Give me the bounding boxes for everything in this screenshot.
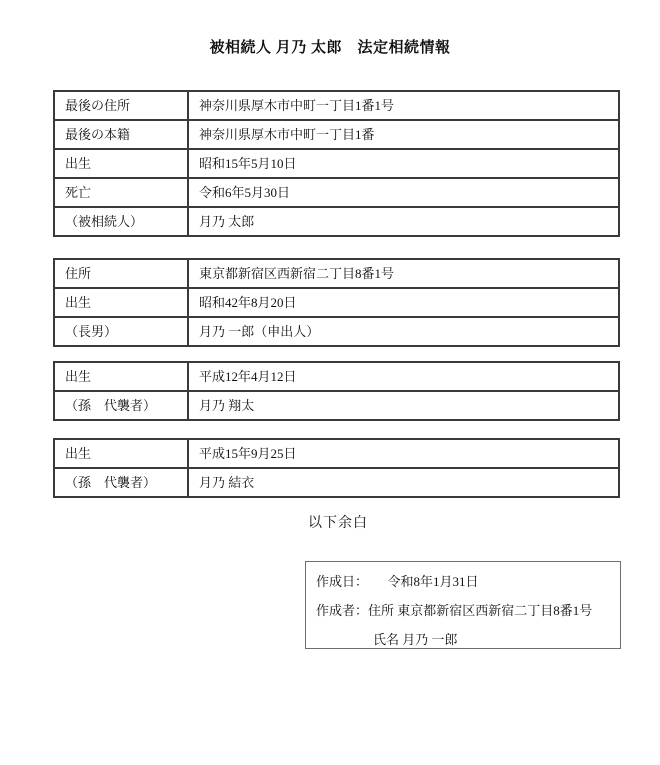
row-value: 神奈川県厚木市中町一丁目1番 (188, 120, 619, 149)
row-label: （被相続人） (54, 207, 188, 236)
row-value: 昭和15年5月10日 (188, 149, 619, 178)
row-value: 月乃 翔太 (188, 391, 619, 420)
table-row: 住所 東京都新宿区西新宿二丁目8番1号 (54, 259, 619, 288)
row-label: 出生 (54, 439, 188, 468)
row-label: 出生 (54, 362, 188, 391)
table-row: 出生 平成12年4月12日 (54, 362, 619, 391)
row-value: 東京都新宿区西新宿二丁目8番1号 (188, 259, 619, 288)
page-title: 被相続人 月乃 太郎 法定相続情報 (0, 36, 660, 57)
row-label: 出生 (54, 288, 188, 317)
creator-address-line: 作成者：住所 東京都新宿区西新宿二丁目8番1号 (316, 596, 620, 625)
row-value: 月乃 結衣 (188, 468, 619, 497)
decedent-table: 最後の住所 神奈川県厚木市中町一丁目1番1号 最後の本籍 神奈川県厚木市中町一丁… (53, 90, 620, 237)
row-value: 月乃 太郎 (188, 207, 619, 236)
row-label: 出生 (54, 149, 188, 178)
row-value: 神奈川県厚木市中町一丁目1番1号 (188, 91, 619, 120)
row-label: （孫 代襲者） (54, 468, 188, 497)
table-row: （被相続人） 月乃 太郎 (54, 207, 619, 236)
row-value: 平成12年4月12日 (188, 362, 619, 391)
row-value: 令和6年5月30日 (188, 178, 619, 207)
heir-table-1: 住所 東京都新宿区西新宿二丁目8番1号 出生 昭和42年8月20日 （長男） 月… (53, 258, 620, 347)
row-value: 昭和42年8月20日 (188, 288, 619, 317)
heir-table-3: 出生 平成15年9月25日 （孫 代襲者） 月乃 結衣 (53, 438, 620, 498)
row-label: （孫 代襲者） (54, 391, 188, 420)
row-label: 死亡 (54, 178, 188, 207)
creation-date-line: 作成日： 令和8年1月31日 (316, 567, 620, 596)
table-row: 死亡 令和6年5月30日 (54, 178, 619, 207)
remainder-note: 以下余白 (0, 512, 660, 532)
row-value: 平成15年9月25日 (188, 439, 619, 468)
row-label: 最後の住所 (54, 91, 188, 120)
table-row: 出生 平成15年9月25日 (54, 439, 619, 468)
table-row: 最後の住所 神奈川県厚木市中町一丁目1番1号 (54, 91, 619, 120)
row-label: 最後の本籍 (54, 120, 188, 149)
row-label: （長男） (54, 317, 188, 346)
table-row: （孫 代襲者） 月乃 結衣 (54, 468, 619, 497)
creator-name-line: 氏名 月乃 一郎 (373, 625, 620, 654)
table-row: 最後の本籍 神奈川県厚木市中町一丁目1番 (54, 120, 619, 149)
table-row: 出生 昭和42年8月20日 (54, 288, 619, 317)
table-row: （孫 代襲者） 月乃 翔太 (54, 391, 619, 420)
row-label: 住所 (54, 259, 188, 288)
creation-info-box: 作成日： 令和8年1月31日 作成者：住所 東京都新宿区西新宿二丁目8番1号 氏… (305, 561, 621, 649)
table-row: 出生 昭和15年5月10日 (54, 149, 619, 178)
row-value: 月乃 一郎（申出人） (188, 317, 619, 346)
table-row: （長男） 月乃 一郎（申出人） (54, 317, 619, 346)
heir-table-2: 出生 平成12年4月12日 （孫 代襲者） 月乃 翔太 (53, 361, 620, 421)
